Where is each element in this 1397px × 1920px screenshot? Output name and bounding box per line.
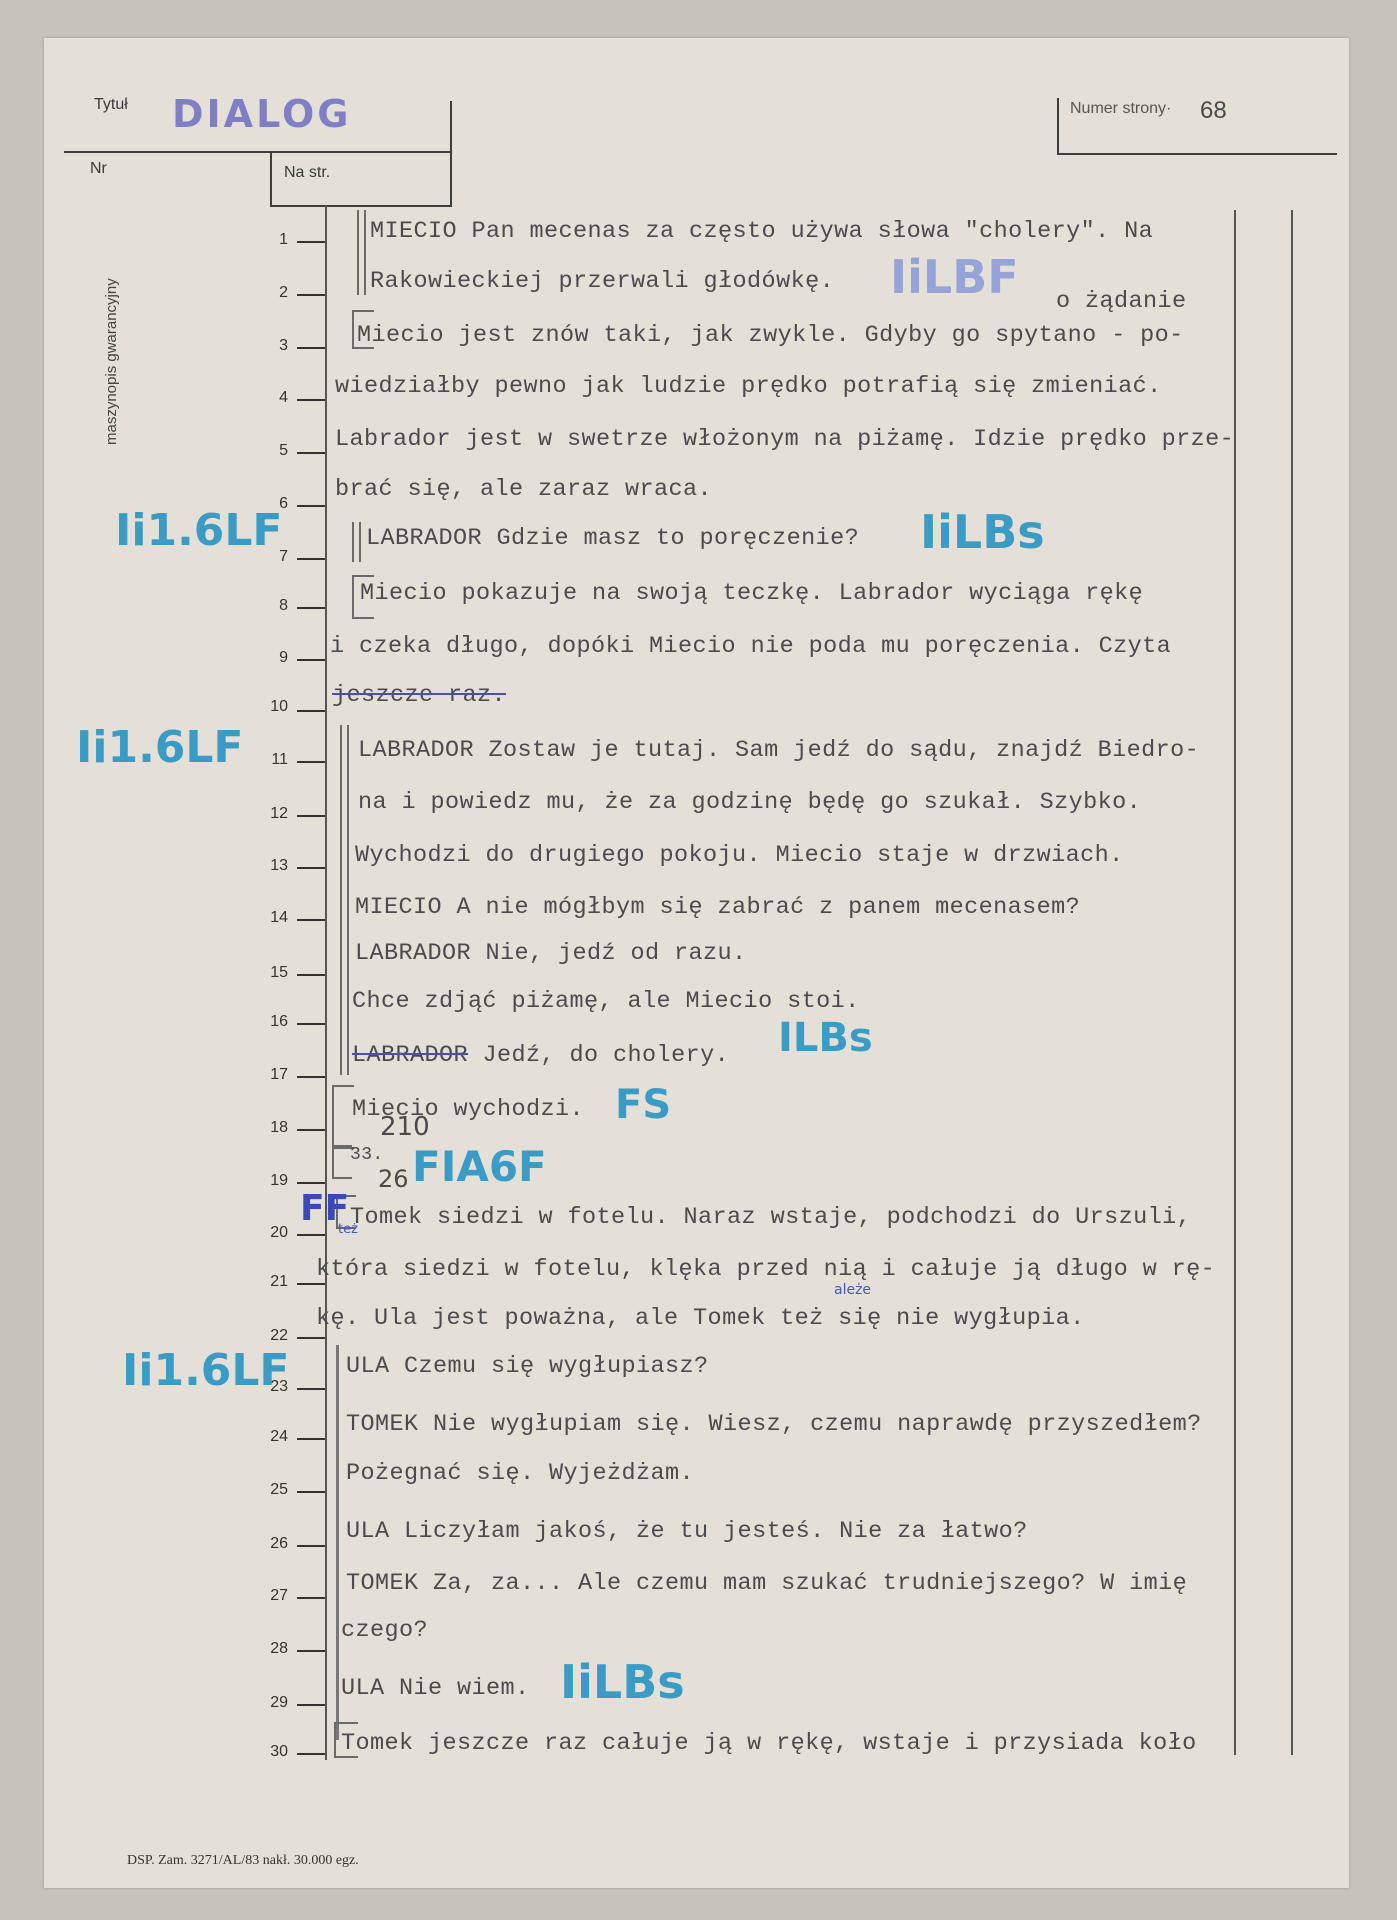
title-label: Tytuł [94,96,128,114]
right-margin-line-outer [1291,210,1293,1755]
margin-handwritten-code: Ii1.6LF [76,722,244,773]
text-line: kę. Ula jest poważna, ale Tomek też się … [316,1305,1085,1332]
handwritten-mark: FS [615,1082,671,1128]
title-stamp: DIALOG [172,92,351,136]
dialog-bar [336,1345,339,1740]
line-number: 26 [248,1535,288,1553]
dialog-bar [357,210,366,295]
line-number: 30 [248,1743,288,1761]
line-number: 19 [248,1172,288,1190]
line-number: 1 [248,231,288,249]
line-number: 16 [248,1013,288,1031]
line-number: 28 [248,1640,288,1658]
text-line: Tomek siedzi w fotelu. Naraz wstaje, pod… [350,1204,1191,1231]
header-na-str-bottom [270,205,452,207]
page-number-box-left [1057,98,1059,155]
line-number: 11 [248,751,288,769]
nr-label: Nr [90,160,107,178]
header-divider [64,151,452,153]
line-number: 20 [248,1224,288,1242]
margin-handwritten-code: Ii1.6LF [115,505,283,556]
line-number: 21 [248,1273,288,1291]
margin-handwritten-code: Ii1.6LF [122,1345,290,1396]
handwritten-number: 26 [378,1165,409,1193]
line-number: 15 [248,964,288,982]
handwritten-margin-mark: FF [300,1188,349,1229]
line-number: 18 [248,1119,288,1137]
text-line: ULA Czemu się wygłupiasz? [346,1353,709,1380]
line-number: 2 [248,284,288,302]
header-nr-divider [270,152,272,207]
line-number: 5 [248,442,288,460]
line-number: 13 [248,857,288,875]
line-number: 4 [248,389,288,407]
text-line: na i powiedz mu, że za godzinę będę go s… [358,789,1141,816]
scene-number-bracket [332,1145,352,1179]
page-number-value: 68 [1200,97,1227,125]
handwritten-code: IiLBs [560,1655,685,1709]
header-box-right-border [450,101,452,207]
line-number: 27 [248,1587,288,1605]
text-line: Chce zdjąć piżamę, ale Miecio stoi. [352,988,860,1015]
handwritten-code: FIA6F [412,1142,547,1191]
text-line: wiedziałby pewno jak ludzie prędko potra… [335,373,1162,400]
dialog-bar [340,725,349,1075]
text-line: Labrador jest w swetrze włożonym na piża… [335,426,1234,453]
line-number: 10 [248,698,288,716]
text-line: czego? [341,1617,428,1644]
line-number: 3 [248,337,288,355]
text-line: MIECIO A nie mógłbym się zabrać z panem … [355,894,1080,921]
text-line: TOMEK Nie wygłupiam się. Wiesz, czemu na… [346,1411,1202,1438]
left-margin-line [325,205,327,1760]
handwritten-code: IiLBs [920,505,1045,559]
handwritten-code: IiLBF [890,250,1019,304]
text-line: ULA Liczyłam jakoś, że tu jesteś. Nie za… [346,1518,1028,1545]
line-number: 8 [248,597,288,615]
text-line: i czeka długo, dopóki Miecio nie poda mu… [330,633,1171,660]
text-line: LABRADOR Jedź, do cholery. [352,1042,729,1069]
line-number: 25 [248,1481,288,1499]
text-line: Rakowieckiej przerwali głodówkę. [370,268,834,295]
text-line: LABRADOR Zostaw je tutaj. Sam jedź do są… [358,737,1199,764]
margin-vertical-label: maszynopis gwarancyjny [103,278,120,445]
scene-number: 33. [350,1145,384,1165]
text-line: Pożegnać się. Wyjeżdżam. [346,1460,694,1487]
text-line: brać się, ale zaraz wraca. [335,476,712,503]
text-line: LABRADOR Gdzie masz to poręczenie? [366,525,859,552]
na-str-label: Na str. [284,164,330,182]
text-line: MIECIO Pan mecenas za często używa słowa… [370,218,1153,245]
text-line: TOMEK Za, za... Ale czemu mam szukać tru… [346,1570,1187,1597]
line-number: 9 [248,649,288,667]
line-number: 24 [248,1428,288,1446]
page-number-box-bottom [1057,153,1337,155]
right-margin-line-inner [1234,210,1236,1755]
text-line: Wychodzi do drugiego pokoju. Miecio staj… [355,842,1124,869]
text-line: ULA Nie wiem. [341,1675,530,1702]
page-number-label: Numer strony· [1070,100,1171,118]
stage-direction-bracket [332,1085,354,1149]
text-line: Miecio pokazuje na swoją teczkę. Labrado… [360,580,1143,607]
line-number: 14 [248,909,288,927]
line-number: 29 [248,1694,288,1712]
dialog-bar [352,522,361,562]
text-line-struck: jeszcze raz. [332,682,506,709]
text-line: Tomek jeszcze raz całuje ją w rękę, wsta… [341,1730,1197,1757]
struck-speaker: LABRADOR [352,1042,468,1069]
text-line-insert: o żądanie [1056,288,1187,315]
text-line: Miecio jest znów taki, jak zwykle. Gdyby… [357,322,1184,349]
line-number: 22 [248,1327,288,1345]
print-info: DSP. Zam. 3271/AL/83 nakł. 30.000 egz. [127,1853,359,1869]
line-number: 12 [248,805,288,823]
line-number: 17 [248,1066,288,1084]
handwritten-code: ILBs [778,1015,873,1061]
handwritten-number: 210 [380,1112,430,1142]
